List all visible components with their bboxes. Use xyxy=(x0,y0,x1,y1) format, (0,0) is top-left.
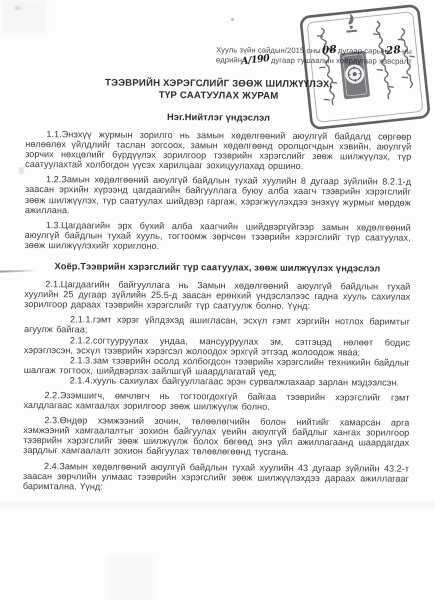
paragraph-2-2: 2.2.Эзэмшигч, өмчлөгч нь тогтоогдохгүй б… xyxy=(23,390,409,413)
section-2-heading: Хоёр.Тээврийн хэрэгслийг түр саатуулах, … xyxy=(24,261,410,275)
paragraph-1-2: 1.2.Замын хөдөлгөөний аюулгүй байдлын ту… xyxy=(25,174,411,217)
scan-shadow-top-left xyxy=(2,0,46,33)
stamp-top-symbol xyxy=(344,13,357,33)
subitem-2-1-1: 2.1.1.гэмт хэрэг үйлдэхэд ашигласан, эсх… xyxy=(24,314,410,337)
section-1-heading: Нэг.Нийтлэг үндэслэл xyxy=(25,111,411,125)
subitem-2-1-2: 2.1.2.согтууруулах ундаа, мансууруулах э… xyxy=(24,334,410,357)
handwritten-day: 28 xyxy=(385,46,400,55)
handwritten-month: 08 xyxy=(322,46,337,55)
paragraph-1-3: 1.3.Цагдаагийн эрх бүхий алба хаагчийн ш… xyxy=(25,220,411,253)
scanned-document-page: Хууль зүйн сайдын/2015 оны 08 дугаар сар… xyxy=(0,0,435,600)
paragraph-2-1: 2.1.Цагдаагийн байгууллага нь Замын хөдө… xyxy=(24,279,410,312)
note-text: дугаар тушаалын хоёрдугаар хавсралт xyxy=(271,56,412,66)
handwritten-order-number: А/190 xyxy=(241,55,270,66)
subitem-2-1-3: 2.1.3.зам тээврийн осолд холбогдсон тээв… xyxy=(24,355,410,378)
document-title: ТЭЭВРИЙН ХЭРЭГСЛИЙГ ЗӨӨЖ ШИЛЖҮҮЛЭХ, ТҮР … xyxy=(26,77,412,103)
appendix-reference-line2: өдрийнА/190 дугаар тушаалын хоёрдугаар х… xyxy=(26,54,412,67)
note-text: дугаар сарын xyxy=(338,46,387,55)
paragraph-2-4: 2.4.Замын хөдөлгөөний аюулгүй байдлын ту… xyxy=(23,461,409,494)
scan-speck xyxy=(19,167,24,174)
paragraph-1-1: 1.1.Энэхүү журмын зорилго нь замын хөдөл… xyxy=(25,129,411,172)
scan-speck xyxy=(15,6,20,10)
scan-shadow-band xyxy=(0,499,435,511)
document-title-line2: ТҮР СААТУУЛАХ ЖУРАМ xyxy=(26,88,412,102)
scan-shadow-rect xyxy=(107,556,153,600)
paragraph-2-3: 2.3.Өндөр хэмжээний зочин, төлөөлөгчийн … xyxy=(23,415,409,458)
appendix-reference-note: Хууль зүйн сайдын/2015 оны 08 дугаар сар… xyxy=(26,44,412,67)
document-content: Хууль зүйн сайдын/2015 оны 08 дугаар сар… xyxy=(23,44,412,498)
scan-speck xyxy=(231,18,234,21)
subitem-2-1-4: 2.1.4.хууль сахиулах байгууллагаас эрэн … xyxy=(24,375,410,388)
note-text: өдрийн xyxy=(216,55,242,64)
